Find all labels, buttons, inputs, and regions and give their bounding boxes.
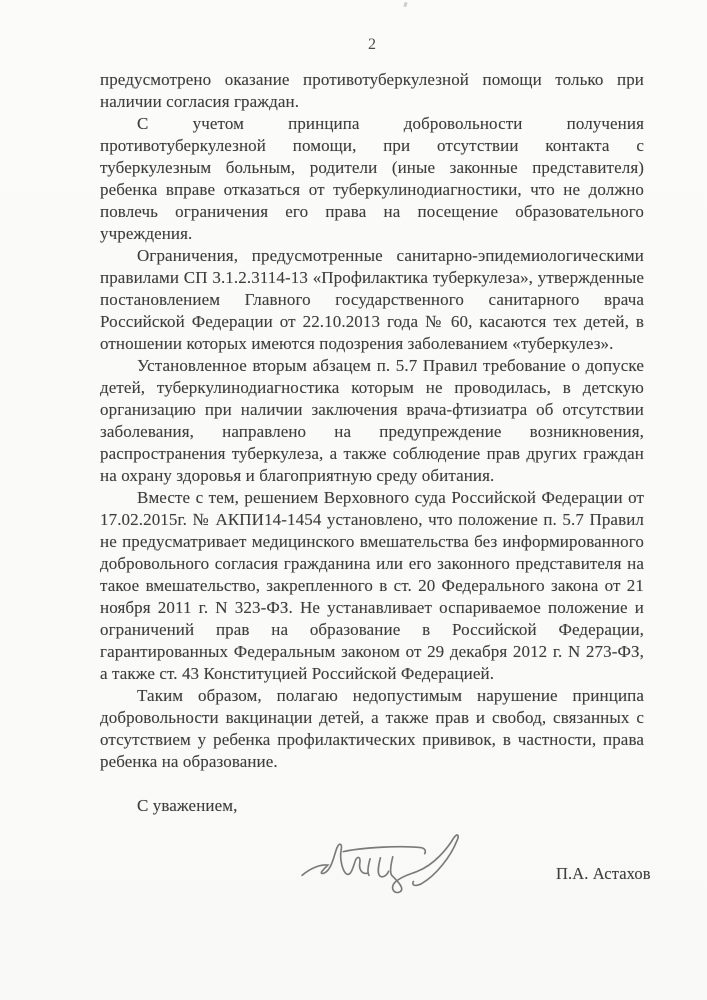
body-paragraph: Таким образом, полагаю недопустимым нару… [100,685,644,773]
document-page: 2 предусмотрено оказание противотуберкул… [0,0,707,1000]
closing-salutation: С уважением, [100,795,644,817]
body-paragraph: С учетом принципа добровольности получен… [100,113,644,245]
scan-artifact [403,2,407,8]
body-paragraph: Установленное вторым абзацем п. 5.7 Прав… [100,355,644,487]
page-number: 2 [100,36,644,54]
handwritten-signature-icon [300,831,468,897]
body-paragraph: Ограничения, предусмотренные санитарно-э… [100,245,644,355]
signature-block: П.А. Астахов [100,817,644,917]
signatory-name: П.А. Астахов [556,863,666,885]
letter-body: предусмотрено оказание противотуберкулез… [100,69,644,917]
body-paragraph: Вместе с тем, решением Верховного суда Р… [100,487,644,685]
body-paragraph: предусмотрено оказание противотуберкулез… [100,69,644,113]
